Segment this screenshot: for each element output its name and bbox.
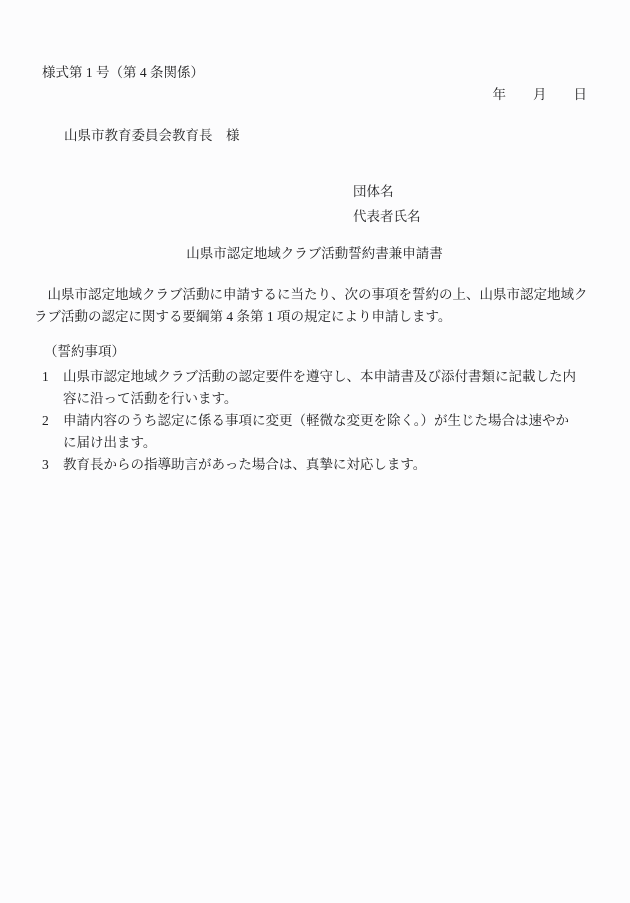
pledge-item-3-number: 3 [42,454,49,476]
pledge-list: 1 山県市認定地域クラブ活動の認定要件を遵守し、本申請書及び添付書類に記載した内… [34,366,595,476]
form-number: 様式第 1 号（第 4 条関係） [42,62,595,84]
signature-block: 団体名 代表者氏名 [353,181,595,228]
pledge-item-2-text: 申請内容のうち認定に係る事項に変更（軽微な変更を除く。）が生じた場合は速やか に… [63,413,569,450]
pledge-heading: （誓約事項） [44,341,595,363]
addressee-line: 山県市教育委員会教育長 様 [64,125,595,147]
pledge-item-1-text: 山県市認定地域クラブ活動の認定要件を遵守し、本申請書及び添付書類に記載した内 容… [63,369,576,406]
pledge-item-2: 2 申請内容のうち認定に係る事項に変更（軽微な変更を除く。）が生じた場合は速やか… [34,410,595,454]
document-page: 様式第 1 号（第 4 条関係） 年 月 日 山県市教育委員会教育長 様 団体名… [0,0,630,903]
representative-name-label: 代表者氏名 [353,206,595,228]
date-line: 年 月 日 [34,84,587,106]
pledge-item-3-text: 教育長からの指導助言があった場合は、真摯に対応します。 [63,457,426,472]
pledge-item-1-number: 1 [42,366,49,388]
document-title: 山県市認定地域クラブ活動誓約書兼申請書 [34,243,595,265]
org-name-label: 団体名 [353,181,595,203]
pledge-item-2-number: 2 [42,410,49,432]
body-paragraph: 山県市認定地域クラブ活動に申請するに当たり、次の事項を誓約の上、山県市認定地域ク… [34,284,595,328]
pledge-item-1: 1 山県市認定地域クラブ活動の認定要件を遵守し、本申請書及び添付書類に記載した内… [34,366,595,410]
pledge-item-3: 3 教育長からの指導助言があった場合は、真摯に対応します。 [34,454,595,476]
